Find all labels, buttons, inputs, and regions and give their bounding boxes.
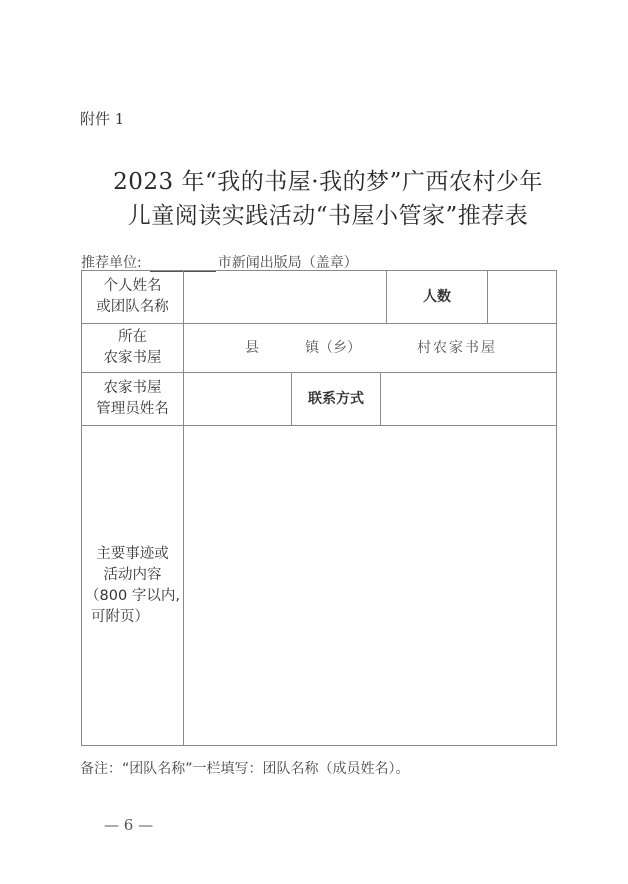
name-label-line1: 个人姓名 <box>96 276 169 297</box>
village-library-label: 村农家书屋 <box>417 338 497 359</box>
location-input-cell[interactable]: 县 镇（乡） 村农家书屋 <box>184 324 556 372</box>
table-border-bottom <box>81 745 557 746</box>
town-label: 镇（乡） <box>305 338 361 359</box>
location-label-line2: 农家书屋 <box>104 348 162 369</box>
count-label: 人数 <box>387 271 487 323</box>
count-input-cell[interactable] <box>488 271 556 323</box>
activity-label-line1: 主要事迹或 <box>85 544 180 565</box>
name-input-cell[interactable] <box>184 271 386 323</box>
activity-content-cell[interactable] <box>184 426 556 745</box>
table-border-right <box>556 270 557 746</box>
activity-label-line3: （800 字以内, <box>85 586 180 607</box>
manager-label-line1: 农家书屋 <box>96 378 169 399</box>
contact-label: 联系方式 <box>292 373 380 425</box>
county-label: 县 <box>245 338 259 359</box>
page-number: — 6 — <box>104 816 153 834</box>
recommender-suffix: 市新闻出版局（盖章） <box>218 252 358 272</box>
activity-label-line2: 活动内容 <box>85 565 180 586</box>
activity-label-line4: 可附页） <box>85 607 180 628</box>
contact-input-cell[interactable] <box>381 373 556 425</box>
name-label-line2: 或团队名称 <box>96 297 169 318</box>
name-label-cell: 个人姓名 或团队名称 <box>82 271 183 323</box>
location-label-line1: 所在 <box>104 327 162 348</box>
recommender-label: 推荐单位: <box>81 252 142 272</box>
title-line-2: 儿童阅读实践活动“书屋小管家”推荐表 <box>14 197 628 230</box>
recommender-line: 推荐单位: 市新闻出版局（盖章） <box>81 252 358 272</box>
activity-label-cell: 主要事迹或 活动内容 （800 字以内, 可附页） <box>82 426 183 745</box>
location-label-cell: 所在 农家书屋 <box>82 324 183 372</box>
manager-label-line2: 管理员姓名 <box>96 399 169 420</box>
attachment-label: 附件 1 <box>80 108 124 129</box>
remark-note: 备注：“团队名称”一栏填写：团队名称（成员姓名）。 <box>80 758 410 778</box>
manager-label-cell: 农家书屋 管理员姓名 <box>82 373 183 425</box>
title-line-1: 2023 年“我的书屋·我的梦”广西农村少年 <box>14 163 628 196</box>
manager-input-cell[interactable] <box>184 373 291 425</box>
